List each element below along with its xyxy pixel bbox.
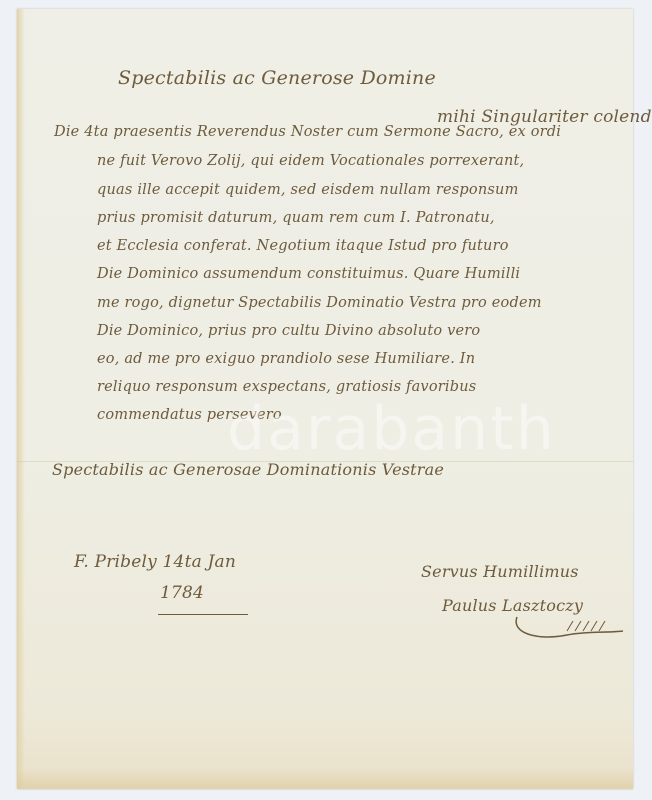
year-underline bbox=[158, 614, 248, 615]
salutation: Spectabilis ac Generose Domine bbox=[118, 67, 436, 89]
body-line: eo, ad me pro exiguo prandiolo sese Humi… bbox=[97, 351, 475, 367]
body-line: ne fuit Verovo Zolij, qui eidem Vocation… bbox=[97, 153, 524, 169]
body-line: prius promisit daturum, quam rem cum I. … bbox=[97, 210, 495, 226]
body-line: reliquo responsum exspectans, gratiosis … bbox=[97, 379, 476, 395]
body-line: me rogo, dignetur Spectabilis Dominatio … bbox=[97, 295, 542, 311]
signature-line-1: Servus Humillimus bbox=[421, 562, 579, 581]
body-line: Die 4ta praesentis Reverendus Noster cum… bbox=[54, 124, 561, 140]
year: 1784 bbox=[160, 583, 204, 603]
body-line: et Ecclesia conferat. Negotium itaque Is… bbox=[97, 238, 509, 254]
watermark: darabanth bbox=[227, 394, 556, 464]
body-line: Die Dominico, prius pro cultu Divino abs… bbox=[97, 323, 480, 339]
body-line: Die Dominico assumendum constituimus. Qu… bbox=[97, 266, 520, 282]
body-line: quas ille accepit quidem, sed eisdem nul… bbox=[97, 182, 519, 198]
place-date: F. Pribely 14ta Jan bbox=[74, 552, 236, 572]
letter-paper: Spectabilis ac Generose Domine mihi Sing… bbox=[17, 9, 633, 789]
signature-flourish-icon bbox=[507, 607, 627, 647]
